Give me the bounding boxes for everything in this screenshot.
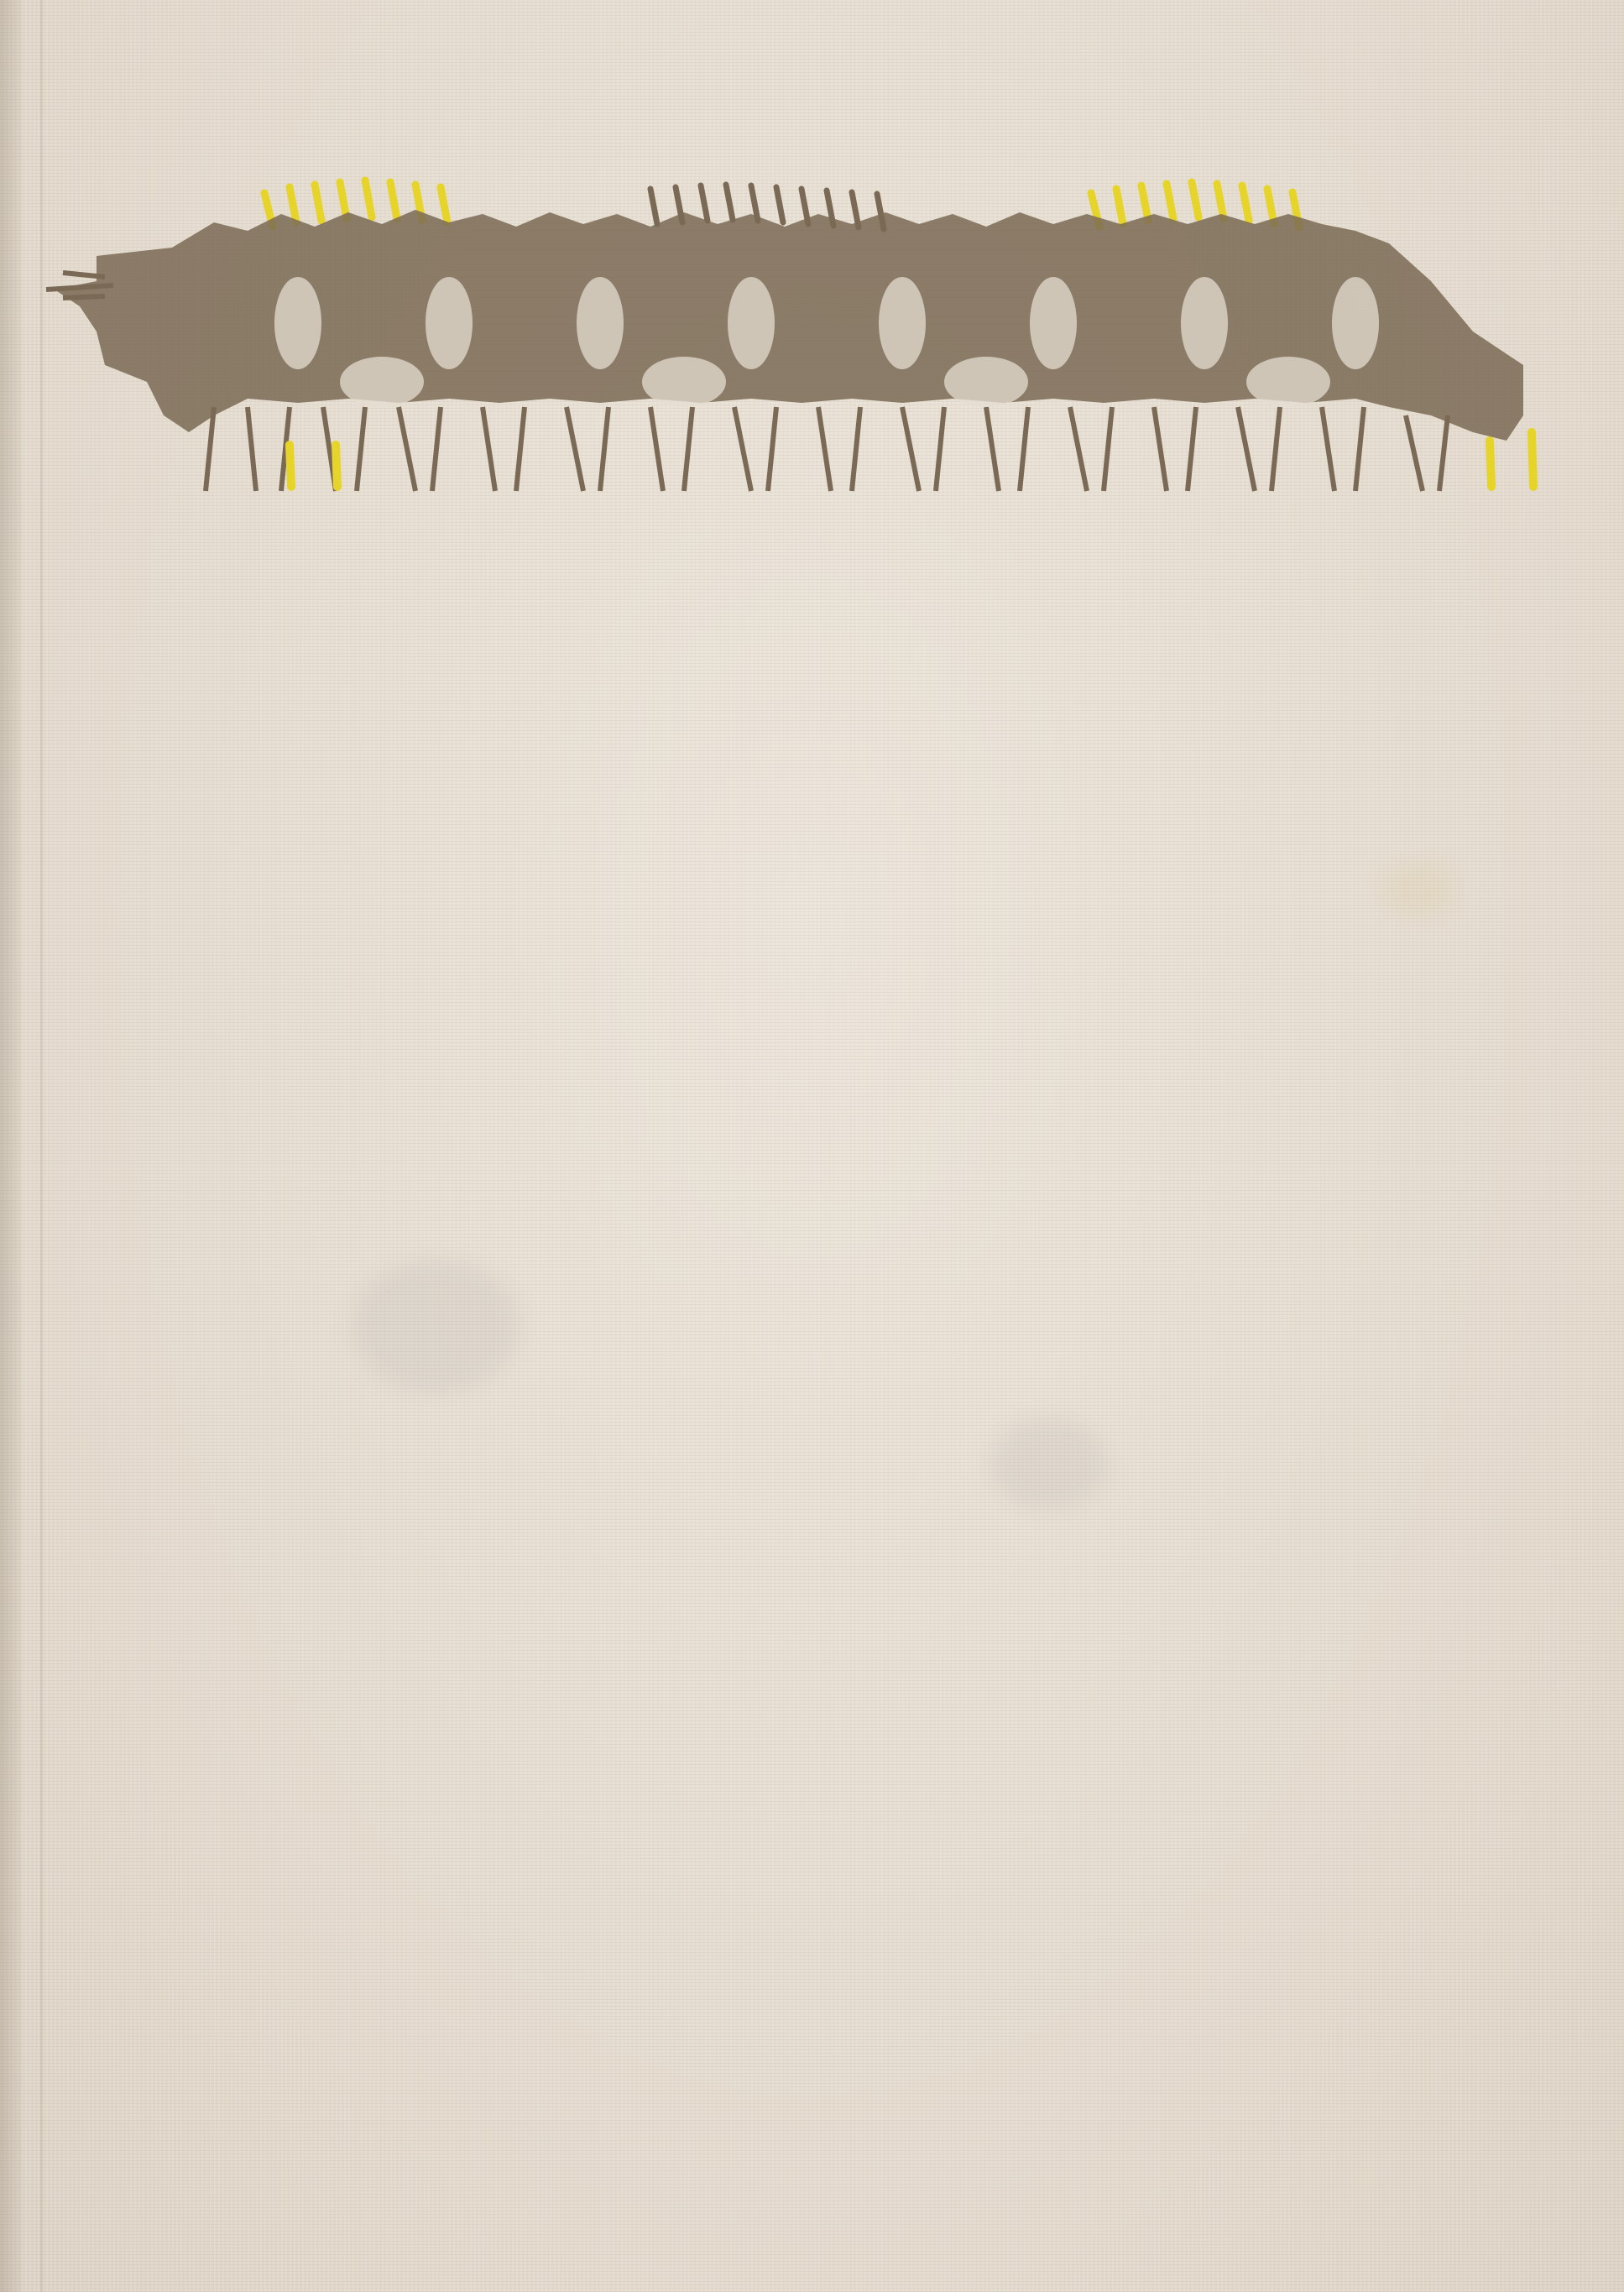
spine-crease: [40, 0, 43, 2292]
spine-edge: [0, 0, 22, 2292]
stain: [1385, 864, 1452, 915]
stain: [352, 1259, 520, 1393]
horse-legs-icon: [206, 407, 1448, 491]
cavalry-frieze-illustration: [46, 164, 1565, 508]
book-cover: [0, 0, 1624, 2292]
stain: [990, 1418, 1108, 1511]
